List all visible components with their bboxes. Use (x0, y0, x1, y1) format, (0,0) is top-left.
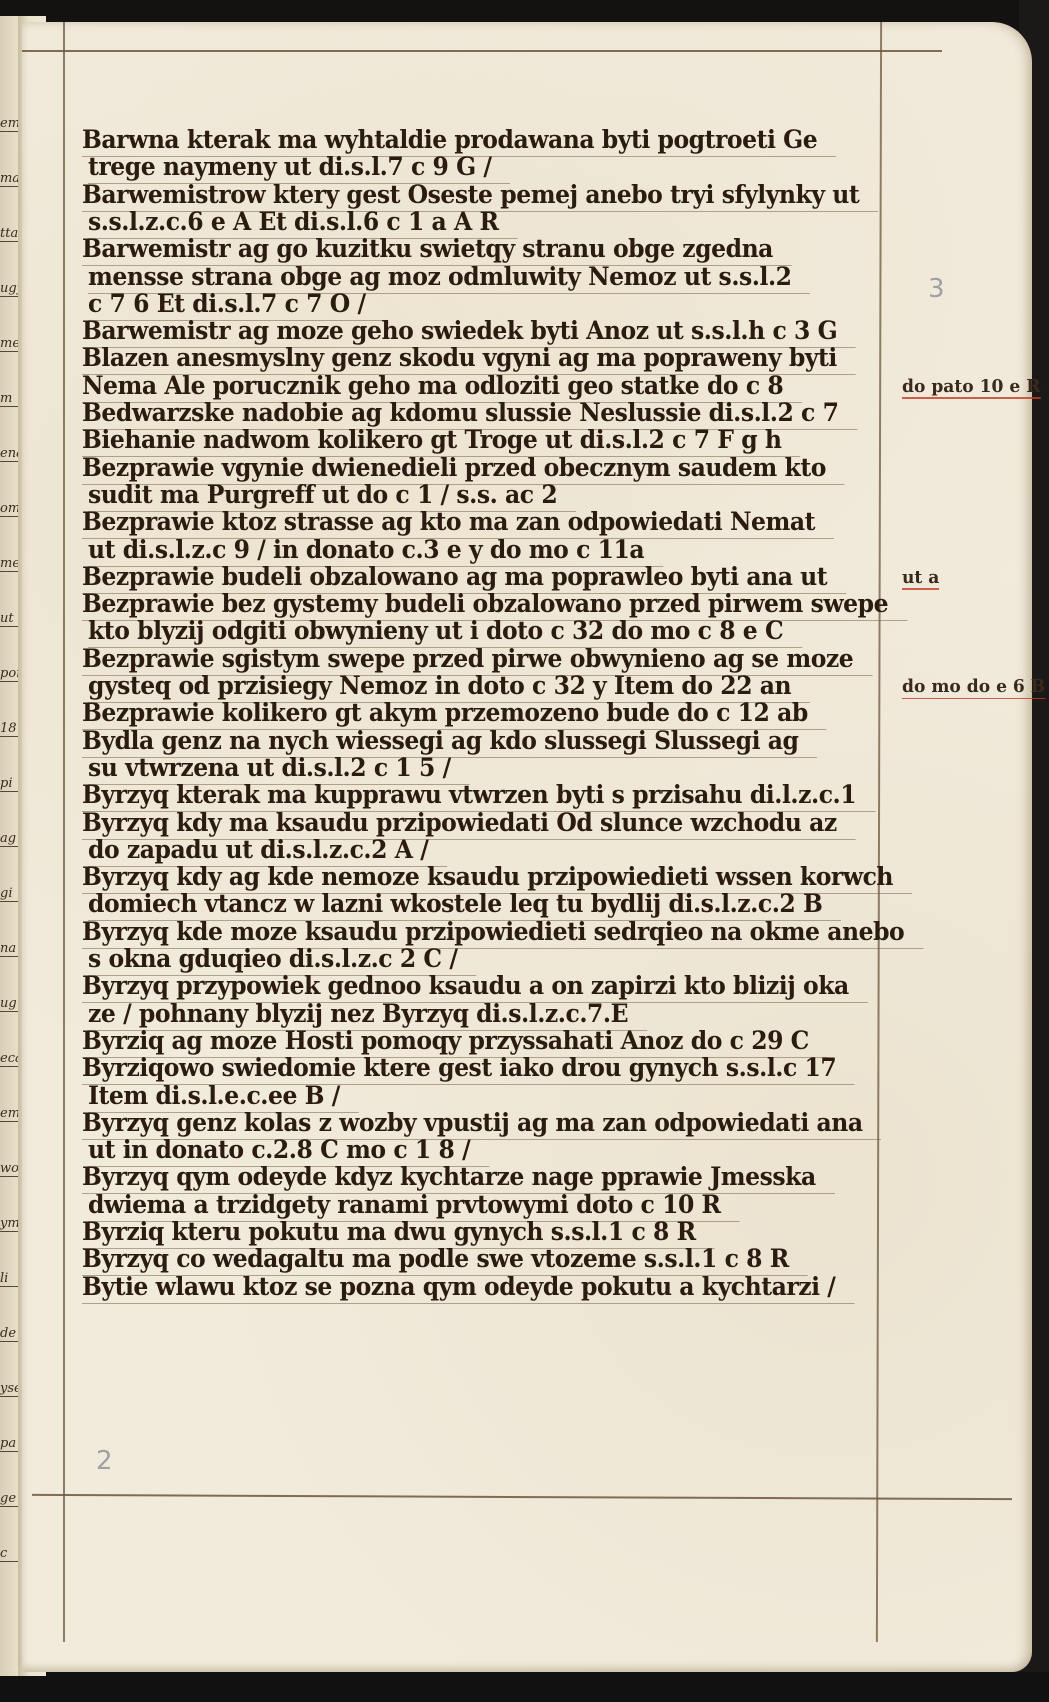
line-text: Blazen anesmyslny genz skodu vgyni ag ma… (82, 343, 837, 372)
continuation-line: trege naymeny ut di.s.l.7 c 9 G / (88, 153, 492, 181)
index-entry-line: Byrzyq genz kolas z wozby vpustij ag ma … (82, 1109, 863, 1137)
line-text: ut di.s.l.z.c 9 / in donato c.3 e y do m… (88, 535, 644, 564)
index-entry-line: Barwemistrow ktery gest Oseste pemej ane… (82, 181, 859, 209)
index-entry-line: Barwemistr ag moze geho swiedek byti Ano… (82, 317, 837, 345)
line-text: Bedwarzske nadobie ag kdomu slussie Nesl… (82, 398, 838, 427)
previous-page-fragment: m (0, 391, 18, 407)
index-entry-line: Bezprawie vgynie dwienedieli przed obecz… (82, 454, 826, 482)
index-entry-line: Bytie wlawu ktoz se pozna qym odeyde pok… (82, 1273, 835, 1301)
line-text: Barwna kterak ma wyhtaldie prodawana byt… (82, 125, 817, 154)
continuation-line: Item di.s.l.e.c.ee B / (88, 1082, 340, 1110)
index-entry-line: Byrziq kteru pokutu ma dwu gynych s.s.l.… (82, 1218, 696, 1246)
continuation-line: sudit ma Purgreff ut do c 1 / s.s. ac 2 (88, 481, 557, 509)
line-text: Bezprawie bez gystemy budeli obzalowano … (82, 589, 888, 618)
line-text: Biehanie nadwom kolikero gt Troge ut di.… (82, 425, 782, 454)
previous-page-fragment: pon (0, 666, 18, 682)
index-entry-line: Byrzyq qym odeyde kdyz kychtarze nage pp… (82, 1163, 816, 1191)
pencil-folio-number-top: 3 (928, 274, 945, 304)
right-margin-ruling (876, 22, 882, 1642)
previous-page-fragment: ge (0, 1491, 18, 1507)
previous-page-fragment: ome (0, 501, 18, 517)
marginal-annotation: do mo do e 6 B (902, 676, 1045, 697)
previous-page-fragment: gi (0, 886, 18, 902)
line-text: domiech vtancz w lazni wkostele leq tu b… (88, 889, 822, 918)
line-text: Byrzyq qym odeyde kdyz kychtarze nage pp… (82, 1162, 816, 1191)
previous-page-edge: emmattaugymemenaomemeutpon18piagginaugec… (0, 16, 18, 1676)
previous-page-fragment: ena (0, 446, 18, 462)
previous-page-fragment: na (0, 941, 18, 957)
line-text: Barwemistrow ktery gest Oseste pemej ane… (82, 180, 859, 209)
line-text: Bezprawie vgynie dwienedieli przed obecz… (82, 453, 826, 482)
index-entry-line: Byrzyq kdy ma ksaudu przipowiedati Od sl… (82, 809, 837, 837)
index-entry-line: Byrzyq kterak ma kupprawu vtwrzen byti s… (82, 781, 856, 809)
annotation-text: ut a (902, 567, 939, 588)
rubric-underline (902, 588, 939, 590)
previous-page-fragment: pa (0, 1436, 18, 1452)
continuation-line: s okna gduqieo di.s.l.z.c 2 C / (88, 945, 457, 973)
continuation-line: c 7 6 Et di.s.l.7 c 7 O / (88, 290, 366, 318)
continuation-line: ut in donato c.2.8 C mo c 1 8 / (88, 1136, 470, 1164)
line-text: Byrzyq kterak ma kupprawu vtwrzen byti s… (82, 780, 856, 809)
index-entry-line: Byrzyq przypowiek gednoo ksaudu a on zap… (82, 972, 849, 1000)
index-entry-line: Byrziqowo swiedomie ktere gest iako drou… (82, 1054, 836, 1082)
line-text: Bydla genz na nych wiessegi ag kdo sluss… (82, 726, 799, 755)
line-text: mensse strana obge ag moz odmluwity Nemo… (88, 262, 792, 291)
continuation-line: ut di.s.l.z.c 9 / in donato c.3 e y do m… (88, 536, 644, 564)
index-entry-line: Bezprawie bez gystemy budeli obzalowano … (82, 590, 888, 618)
line-text: dwiema a trzidgety ranami prvtowymi doto… (88, 1190, 721, 1219)
index-entry-line: Byrzyq kde moze ksaudu przipowiedieti se… (82, 918, 904, 946)
line-text: Byrzyq kdy ag kde nemoze ksaudu przipowi… (82, 862, 893, 891)
line-text: ut in donato c.2.8 C mo c 1 8 / (88, 1135, 470, 1164)
previous-page-fragment: ugy (0, 281, 18, 297)
line-text: Bezprawie kolikero gt akym przemozeno bu… (82, 698, 808, 727)
line-text: gysteq od przisiegy Nemoz in doto c 32 y… (88, 671, 791, 700)
line-text: trege naymeny ut di.s.l.7 c 9 G / (88, 152, 492, 181)
previous-page-fragment: de (0, 1326, 18, 1342)
previous-page-fragment: em (0, 1106, 18, 1122)
line-text: Item di.s.l.e.c.ee B / (88, 1081, 340, 1110)
continuation-line: dwiema a trzidgety ranami prvtowymi doto… (88, 1191, 721, 1219)
line-text: s okna gduqieo di.s.l.z.c 2 C / (88, 944, 457, 973)
marginal-annotation: ut a (902, 567, 939, 588)
previous-page-fragment: ut (0, 611, 18, 627)
line-text: su vtwrzena ut di.s.l.2 c 1 5 / (88, 753, 451, 782)
annotation-text: do pato 10 e R (902, 376, 1040, 397)
line-text: Byrziqowo swiedomie ktere gest iako drou… (82, 1053, 836, 1082)
bottom-ruling-line (32, 1494, 1012, 1500)
previous-page-fragment: li (0, 1271, 18, 1287)
ruling-line (82, 1303, 854, 1304)
continuation-line: s.s.l.z.c.6 e A Et di.s.l.6 c 1 a A R (88, 208, 499, 236)
continuation-line: ze / pohnany blyzij nez Byrzyq di.s.l.z.… (88, 1000, 628, 1028)
line-text: ze / pohnany blyzij nez Byrzyq di.s.l.z.… (88, 999, 628, 1028)
line-text: c 7 6 Et di.s.l.7 c 7 O / (88, 289, 366, 318)
index-entry-line: Bezprawie ktoz strasse ag kto ma zan odp… (82, 508, 815, 536)
index-entry-line: Bezprawie sgistym swepe przed pirwe obwy… (82, 645, 853, 673)
marginal-annotation: do pato 10 e R (902, 376, 1040, 397)
scan-background-bottom (0, 1672, 1049, 1702)
line-text: Bytie wlawu ktoz se pozna qym odeyde pok… (82, 1272, 835, 1301)
index-entry-line: Biehanie nadwom kolikero gt Troge ut di.… (82, 426, 782, 454)
previous-page-fragment: pi (0, 776, 18, 792)
previous-page-fragment: ug (0, 996, 18, 1012)
previous-page-fragment: 18 (0, 721, 18, 737)
line-text: s.s.l.z.c.6 e A Et di.s.l.6 c 1 a A R (88, 207, 499, 236)
line-text: Bezprawie budeli obzalowano ag ma popraw… (82, 562, 827, 591)
continuation-line: mensse strana obge ag moz odmluwity Nemo… (88, 263, 792, 291)
previous-page-fragment: yse (0, 1381, 18, 1397)
index-entry-line: Bezprawie budeli obzalowano ag ma popraw… (82, 563, 827, 591)
index-entry-line: Byrzyq kdy ag kde nemoze ksaudu przipowi… (82, 863, 893, 891)
index-entry-line: Bezprawie kolikero gt akym przemozeno bu… (82, 699, 808, 727)
line-text: Byrzyq kde moze ksaudu przipowiedieti se… (82, 917, 904, 946)
line-text: Byrziq kteru pokutu ma dwu gynych s.s.l.… (82, 1217, 696, 1246)
line-text: Byrzyq co wedagaltu ma podle swe vtozeme… (82, 1244, 789, 1273)
index-entry-line: Bedwarzske nadobie ag kdomu slussie Nesl… (82, 399, 838, 427)
line-text: sudit ma Purgreff ut do c 1 / s.s. ac 2 (88, 480, 557, 509)
continuation-line: do zapadu ut di.s.l.z.c.2 A / (88, 836, 428, 864)
line-text: do zapadu ut di.s.l.z.c.2 A / (88, 835, 428, 864)
index-entry-line: Blazen anesmyslny genz skodu vgyni ag ma… (82, 344, 837, 372)
line-text: Bezprawie ktoz strasse ag kto ma zan odp… (82, 507, 815, 536)
rubric-underline (902, 397, 1040, 399)
line-text: Byrziq ag moze Hosti pomoqy przyssahati … (82, 1026, 809, 1055)
index-entry-line: Barwna kterak ma wyhtaldie prodawana byt… (82, 126, 817, 154)
previous-page-fragment: ag (0, 831, 18, 847)
index-entry-line: Bydla genz na nych wiessegi ag kdo sluss… (82, 727, 799, 755)
rubric-underline (902, 698, 1045, 700)
line-text: kto blyzij odgiti obwynieny ut i doto c … (88, 616, 783, 645)
previous-page-fragment: me (0, 556, 18, 572)
left-margin-ruling (63, 22, 65, 1642)
previous-page-fragment: ma (0, 171, 18, 187)
annotation-text: do mo do e 6 B (902, 676, 1045, 697)
previous-page-fragment: wo (0, 1161, 18, 1177)
previous-page-fragment: ym (0, 1216, 18, 1232)
line-text: Byrzyq genz kolas z wozby vpustij ag ma … (82, 1108, 863, 1137)
line-text: Nema Ale porucznik geho ma odloziti geo … (82, 371, 783, 400)
continuation-line: domiech vtancz w lazni wkostele leq tu b… (88, 890, 822, 918)
continuation-line: gysteq od przisiegy Nemoz in doto c 32 y… (88, 672, 791, 700)
previous-page-fragment: c (0, 1546, 18, 1562)
index-entry-line: Nema Ale porucznik geho ma odloziti geo … (82, 372, 783, 400)
line-text: Byrzyq przypowiek gednoo ksaudu a on zap… (82, 971, 849, 1000)
pencil-folio-number-bottom: 2 (96, 1446, 113, 1476)
index-entry-line: Byrziq ag moze Hosti pomoqy przyssahati … (82, 1027, 809, 1055)
manuscript-folio: Barwna kterak ma wyhtaldie prodawana byt… (22, 22, 1032, 1672)
previous-page-fragment: tta (0, 226, 18, 242)
previous-page-fragment: eca (0, 1051, 18, 1067)
previous-page-fragment: me (0, 336, 18, 352)
line-text: Bezprawie sgistym swepe przed pirwe obwy… (82, 644, 853, 673)
continuation-line: su vtwrzena ut di.s.l.2 c 1 5 / (88, 754, 451, 782)
line-text: Barwemistr ag moze geho swiedek byti Ano… (82, 316, 837, 345)
previous-page-fragment: em (0, 116, 18, 132)
top-ruling-line (22, 50, 942, 52)
line-text: Barwemistr ag go kuzitku swietqy stranu … (82, 234, 773, 263)
index-entry-line: Byrzyq co wedagaltu ma podle swe vtozeme… (82, 1245, 789, 1273)
index-entry-line: Barwemistr ag go kuzitku swietqy stranu … (82, 235, 773, 263)
line-text: Byrzyq kdy ma ksaudu przipowiedati Od sl… (82, 808, 837, 837)
continuation-line: kto blyzij odgiti obwynieny ut i doto c … (88, 617, 783, 645)
